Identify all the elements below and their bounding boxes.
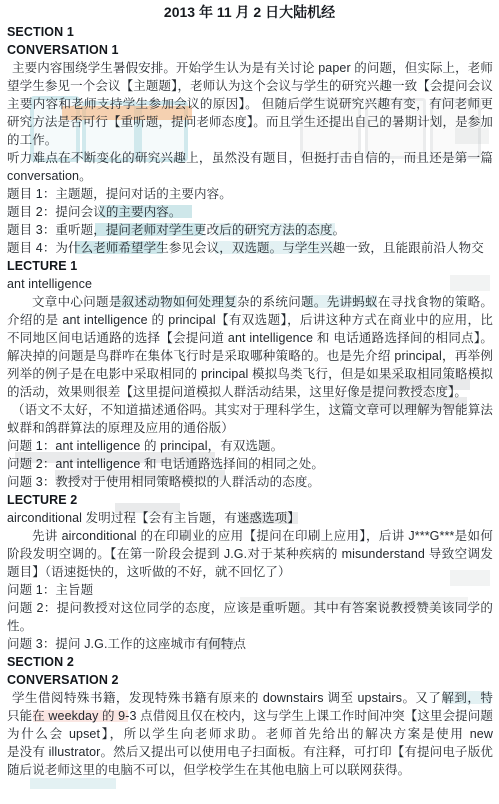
doc-line: LECTURE 2 (7, 491, 493, 509)
doc-line: 列举的例子是在电影中采取相同的 principal 模拟鸟类飞行，但是如果采取相… (7, 365, 493, 383)
doc-line: （语文不太好，不知道描述通俗吗。其实对于理科学生，这篇文章可以理解为智能算法中 (7, 401, 493, 419)
doc-line: 题目】（语速挺快的，这听做的不好，就不回忆了） (7, 563, 493, 581)
watermark-logo-block (30, 778, 116, 789)
doc-line: 题目 4：为什么老师希望学生参见会议，双选题。与学生兴趣一致，且能跟前沿人物交谈… (7, 239, 493, 257)
doc-line: CONVERSATION 2 (7, 671, 493, 689)
doc-line: 听力难点在不断变化的研究兴趣上，虽然没有题目，但挺打击自信的，而且还是第一篇 (7, 149, 493, 167)
doc-line: 主要内容和老师支持学生参加会议的原因】。 但随后学生说研究兴趣有变，有问老师更改… (7, 95, 493, 113)
doc-line: 的活动，效果则很差【这里提问道模拟人群活动结果，这里好像是提问教授态度】。 (7, 383, 493, 401)
doc-line: 学生借阅特殊书籍，发现特殊书籍有原来的 downstairs 调至 upstai… (7, 689, 493, 707)
doc-line: 问题 3：提问 J.G.工作的这座城市有何特点 (7, 635, 493, 653)
doc-line: 问题 1：ant intelligence 的 principal，有双选题。 (7, 437, 493, 455)
doc-line: 阶段发明空调的。【在第一阶段会提到 J.G.对于某种疾病的 misunderst… (7, 545, 493, 563)
doc-line: 题目 2：提问会议的主要内容。 (7, 203, 493, 221)
doc-line: 题目 1：主题题，提问对话的主要内容。 (7, 185, 493, 203)
doc-line: 研究方法是否可行【重听题，提问老师态度】。而且学生还提出自己的暑期计划，是参加 … (7, 113, 493, 131)
doc-line: 随后说老师这里的电脑不可以，但学校学生在其他电脑上可以联网获得。 (7, 761, 493, 779)
doc-line: 问题 2：提问教授对这位同学的态度，应该是重听题。其中有答案说教授赞美该同学的创… (7, 599, 493, 617)
doc-line: 问题 3：教授对于使用相同策略模拟的人群活动的态度。 (7, 473, 493, 491)
doc-line: 是没有 illustrator。然后又提出可以使用电子扫面板。有注释，可打印【有… (7, 743, 493, 761)
document-page: 2013 年 11 月 2 日大陆机经 SECTION 1CONVERSATIO… (0, 0, 499, 804)
doc-line: 蚁群和鸽群算法的原理及应用的通俗版） (7, 419, 493, 437)
doc-line: CONVERSATION 1 (7, 41, 493, 59)
doc-line: 题目 3：重听题，提问老师对学生更改后的研究方法的态度。 (7, 221, 493, 239)
doc-line: LECTURE 1 (7, 257, 493, 275)
doc-line: SECTION 1 (7, 23, 493, 41)
doc-line: 主要内容围绕学生暑假安排。开始学生认为是有关讨论 paper 的问题，但实际上，… (7, 59, 493, 77)
doc-line: 不同地区间电话通路的选择【会提问道 ant intelligence 和 电话通… (7, 329, 493, 347)
doc-line: ant intelligence (7, 275, 493, 293)
doc-line: 望学生参见一个会议【主题题】，老师认为这个会议与学生的研究兴趣一致【会提问会议的 (7, 77, 493, 95)
doc-line: 为什么会 upset】，所以学生向老师求助。老师首先给出的解决方案是使用 new… (7, 725, 493, 743)
doc-line: 性。 (7, 617, 493, 635)
doc-line: 的工作。 (7, 131, 493, 149)
doc-line: airconditional 发明过程【会有主旨题，有迷惑选项】 (7, 509, 493, 527)
doc-line: 文章中心问题是叙述动物如何处理复杂的系统问题。先讲蚂蚁在寻找食物的策略。首先 (7, 293, 493, 311)
doc-line: 解决掉的问题是鸟群咋在集体飞行时是采取哪种策略的。也是先介绍 principal… (7, 347, 493, 365)
doc-body: SECTION 1CONVERSATION 1主要内容围绕学生暑假安排。开始学生… (7, 23, 493, 779)
doc-line: 先讲 airconditional 的在印刷业的应用【提问在印刷上应用】，后讲 … (7, 527, 493, 545)
doc-title: 2013 年 11 月 2 日大陆机经 (0, 2, 499, 22)
doc-line: 只能在 weekday 的 9-3 点借阅且仅在校内，这与学生上课工作时间冲突【… (7, 707, 493, 725)
doc-line: SECTION 2 (7, 653, 493, 671)
doc-line: 问题 1：主旨题 (7, 581, 493, 599)
doc-line: conversation。 (7, 167, 493, 185)
doc-line: 问题 2：ant intelligence 和 电话通路选择间的相同之处。 (7, 455, 493, 473)
doc-line: 介绍的是 ant intelligence 的 principal【有双选题】，… (7, 311, 493, 329)
